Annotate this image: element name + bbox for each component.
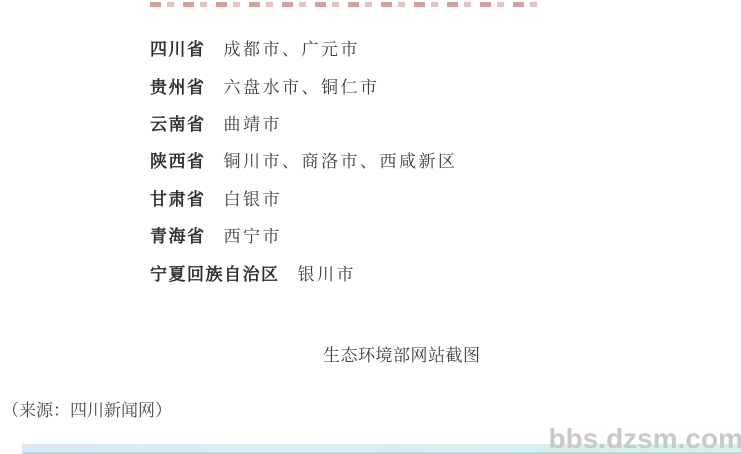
- city-list: 六盘水市、铜仁市: [224, 73, 380, 98]
- province-name: 陕西省: [150, 147, 206, 172]
- city-list: 铜川市、商洛市、西咸新区: [224, 147, 458, 172]
- province-name: 贵州省: [150, 73, 206, 98]
- list-item: 甘肃省 白银市: [150, 179, 458, 216]
- province-name: 甘肃省: [150, 185, 206, 210]
- city-list: 曲靖市: [224, 110, 283, 135]
- city-list: 西宁市: [224, 222, 283, 247]
- list-item: 云南省 曲靖市: [150, 104, 458, 141]
- list-item: 宁夏回族自治区 银川市: [150, 253, 458, 290]
- list-item: 贵州省 六盘水市、铜仁市: [150, 66, 458, 103]
- province-name: 青海省: [150, 222, 206, 247]
- list-item: 青海省 西宁市: [150, 216, 458, 253]
- image-caption: 生态环境部网站截图: [323, 341, 481, 366]
- city-list: 白银市: [224, 185, 283, 210]
- province-name: 云南省: [150, 110, 206, 135]
- list-item: 四川省 成都市、广元市: [150, 29, 458, 66]
- source-attribution: （来源：四川新闻网）: [2, 396, 172, 421]
- city-list: 银川市: [298, 260, 357, 285]
- article-page: 四川省 成都市、广元市 贵州省 六盘水市、铜仁市 云南省 曲靖市 陕西省 铜川市…: [0, 0, 741, 454]
- site-watermark: bbs.dzsm.com: [549, 423, 741, 454]
- province-city-list: 四川省 成都市、广元市 贵州省 六盘水市、铜仁市 云南省 曲靖市 陕西省 铜川市…: [150, 29, 458, 291]
- clipped-red-heading-fragments: [150, 2, 542, 7]
- city-list: 成都市、广元市: [224, 35, 361, 60]
- province-name: 宁夏回族自治区: [150, 260, 280, 285]
- province-name: 四川省: [150, 35, 206, 60]
- list-item: 陕西省 铜川市、商洛市、西咸新区: [150, 141, 458, 178]
